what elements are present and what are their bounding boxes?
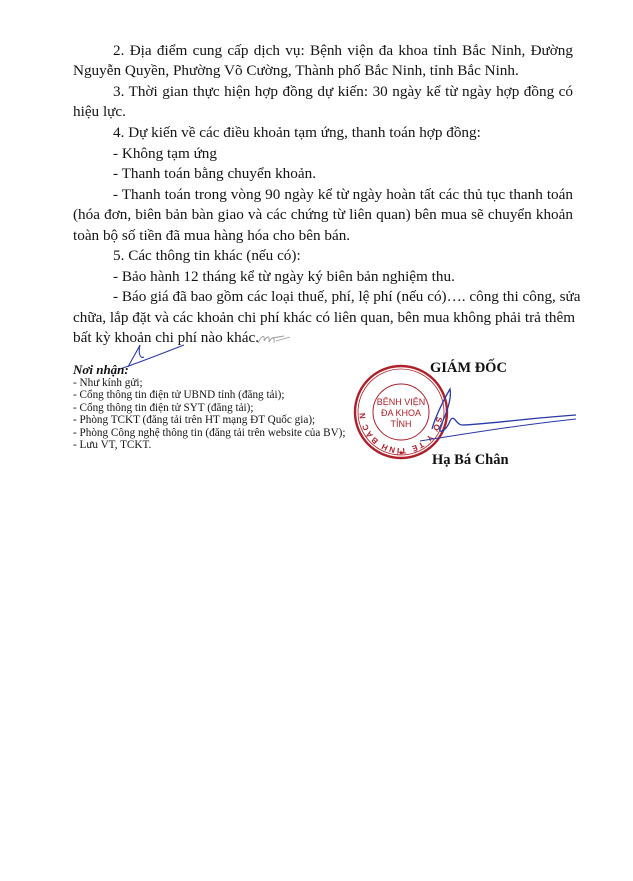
paragraph-item-4: 4. Dự kiến về các điều khoản tạm ứng, th… — [113, 123, 481, 143]
recipient-item: - Lưu VT, TCKT. — [73, 439, 151, 451]
paragraph-item-4-c-line-3: toàn bộ số tiền đã mua hàng hóa cho bên … — [73, 226, 350, 246]
paragraph-item-3-line-2: hiệu lực. — [73, 102, 126, 122]
paragraph-item-2-line-2: Nguyễn Quyền, Phường Võ Cường, Thành phố… — [73, 61, 519, 81]
signer-name: Hạ Bá Chân — [432, 452, 509, 469]
recipient-item: - Phòng TCKT (đăng tải trên HT mạng ĐT Q… — [73, 414, 315, 426]
paragraph-item-5: 5. Các thông tin khác (nếu có): — [113, 246, 301, 266]
signer-title: GIÁM ĐỐC — [430, 360, 507, 377]
document-page: 2. Địa điểm cung cấp dịch vụ: Bệnh viện … — [0, 0, 633, 881]
paragraph-item-4-b: - Thanh toán bằng chuyển khoản. — [113, 164, 316, 184]
paragraph-item-3-line-1: 3. Thời gian thực hiện hợp đồng dự kiến:… — [113, 82, 573, 102]
paragraph-item-5-a: - Bảo hành 12 tháng kể từ ngày ký biên b… — [113, 267, 455, 287]
recipient-item: - Cổng thông tin điện tử UBND tỉnh (đăng… — [73, 389, 284, 401]
paragraph-item-5-b-line-2: chữa, lắp đặt và các khoản chi phí khác … — [73, 308, 573, 328]
recipient-item: - Cổng thông tin điện tử SYT (đăng tải); — [73, 402, 254, 414]
paragraph-item-4-c-line-1: - Thanh toán trong vòng 90 ngày kể từ ng… — [113, 185, 573, 205]
paragraph-item-5-b-line-1: - Báo giá đã bao gồm các loại thuế, phí,… — [113, 287, 573, 307]
paragraph-item-2-line-1: 2. Địa điểm cung cấp dịch vụ: Bệnh viện … — [113, 41, 573, 61]
handwritten-signature-icon — [380, 385, 580, 445]
stamp-star-icon: ★ — [398, 449, 404, 457]
paragraph-item-4-a: - Không tạm ứng — [113, 144, 217, 164]
recipient-item: - Phòng Công nghệ thông tin (đăng tải tr… — [73, 427, 346, 439]
initials-mark-icon — [256, 331, 292, 347]
recipients-title: Nơi nhận: — [73, 362, 129, 378]
recipient-item: - Như kính gửi; — [73, 377, 143, 389]
paragraph-item-4-c-line-2: (hóa đơn, biên bản bàn giao và các chứng… — [73, 205, 573, 225]
